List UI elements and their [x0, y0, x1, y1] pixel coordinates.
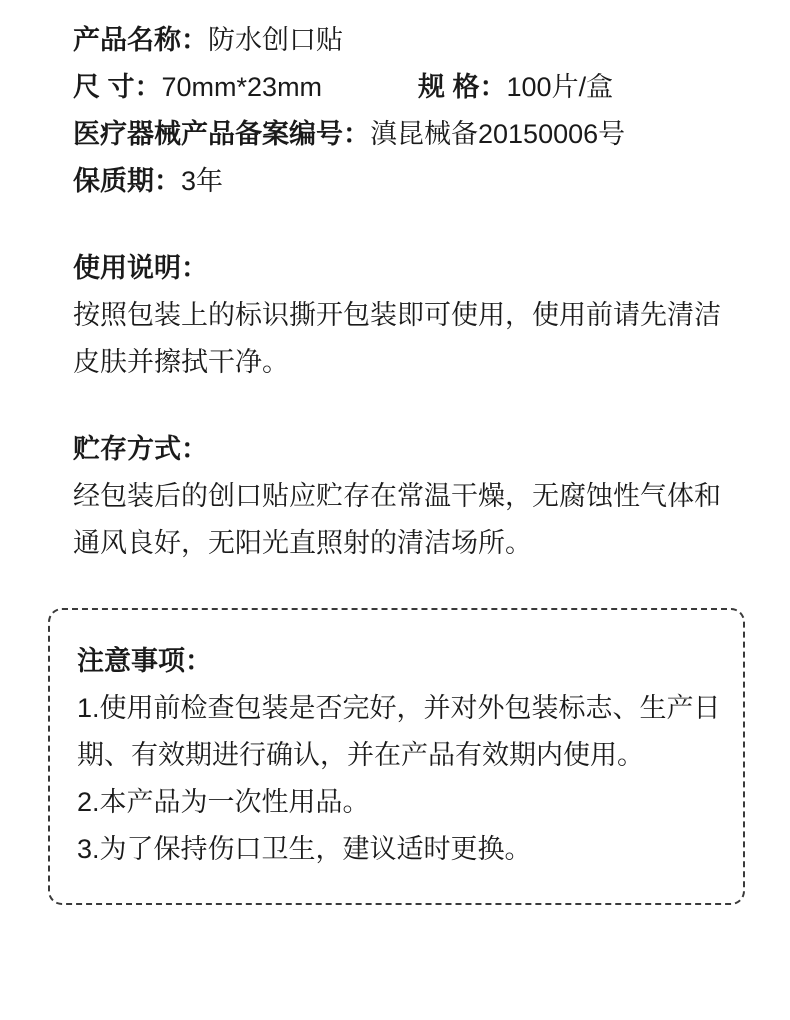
precautions-box: 注意事项： 1.使用前检查包装是否完好，并对外包装标志、生产日期、有效期进行确认…: [48, 608, 745, 905]
registration-line: 医疗器械产品备案编号：滇昆械备20150006号: [73, 111, 733, 158]
size-spec-line: 尺 寸：70mm*23mm 规 格：100片/盒: [73, 64, 733, 111]
storage-section-body: 经包装后的创口贴应贮存在常温干燥，无腐蚀性气体和通风良好，无阳光直照射的清洁场所…: [73, 473, 733, 567]
precaution-item-2: 2.本产品为一次性用品。: [77, 779, 723, 826]
shelf-life-label: 保质期：: [73, 166, 181, 196]
size-value: 70mm*23mm: [162, 72, 323, 102]
usage-section-title: 使用说明：: [73, 245, 733, 292]
product-info-block: 产品名称：防水创口贴 尺 寸：70mm*23mm 规 格：100片/盒 医疗器械…: [73, 17, 733, 205]
spec-value: 100片/盒: [507, 72, 614, 102]
product-name-value: 防水创口贴: [208, 25, 343, 55]
size-segment: 尺 寸：70mm*23mm: [73, 64, 418, 111]
product-name-line: 产品名称：防水创口贴: [73, 17, 733, 64]
precautions-title: 注意事项：: [77, 638, 721, 685]
precaution-item-3: 3.为了保持伤口卫生，建议适时更换。: [77, 826, 723, 873]
spec-label: 规 格：: [418, 72, 507, 102]
registration-value: 滇昆械备20150006号: [370, 119, 625, 149]
storage-section-title: 贮存方式：: [73, 426, 733, 473]
shelf-life-value: 3年: [181, 166, 223, 196]
product-name-label: 产品名称：: [73, 25, 208, 55]
precaution-item-1: 1.使用前检查包装是否完好，并对外包装标志、生产日期、有效期进行确认，并在产品有…: [77, 685, 723, 779]
shelf-life-line: 保质期：3年: [73, 158, 733, 205]
size-label: 尺 寸：: [73, 72, 162, 102]
registration-label: 医疗器械产品备案编号：: [73, 119, 370, 149]
usage-section-body: 按照包装上的标识撕开包装即可使用，使用前请先清洁皮肤并擦拭干净。: [73, 292, 733, 386]
spec-segment: 规 格：100片/盒: [418, 64, 613, 111]
product-description-page: 产品名称：防水创口贴 尺 寸：70mm*23mm 规 格：100片/盒 医疗器械…: [0, 0, 790, 1020]
